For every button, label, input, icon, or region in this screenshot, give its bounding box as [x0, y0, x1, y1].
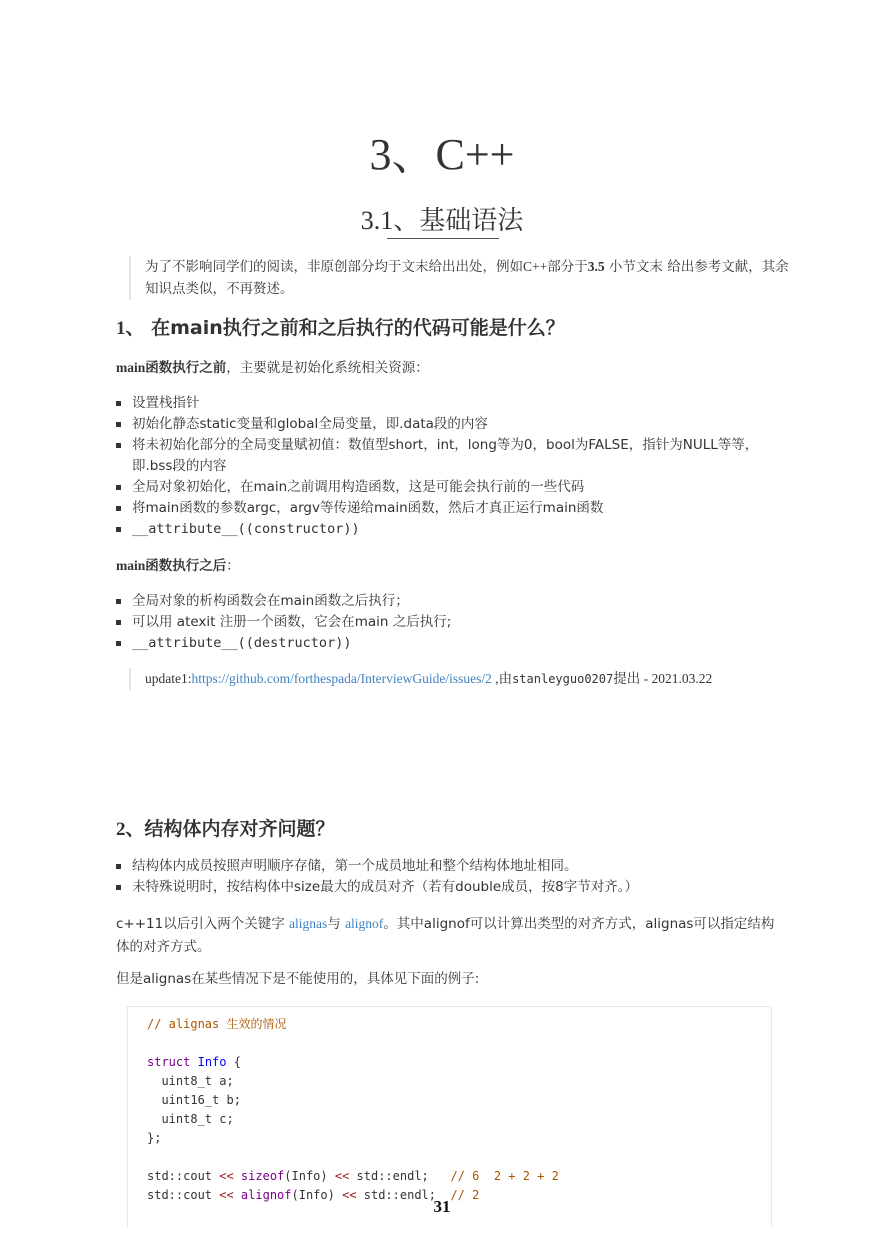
label-main: main — [116, 360, 145, 375]
issue-link[interactable]: https://github.com/forthespada/Interview… — [192, 671, 492, 686]
update-date: - 2021.03.22 — [640, 671, 712, 686]
update-by: ,由 — [492, 671, 512, 686]
question-2-heading: 2、结构体内存对齐问题？ — [116, 814, 335, 841]
label-bold: 函数执行之前 — [145, 360, 226, 376]
code-comment: // alignas 生效的情况 — [147, 1017, 286, 1031]
question-1-heading: 1、 在main执行之前和之后执行的代码可能是什么？ — [116, 313, 565, 340]
section-underline-divider — [387, 238, 499, 239]
heading-text: 结构体内存对齐问题？ — [145, 818, 335, 840]
code-comment: // 6 2 + 2 + 2 — [450, 1169, 558, 1183]
list-item: __attribute__((destructor)) — [116, 633, 776, 654]
update-prefix: update1: — [145, 671, 192, 686]
label-rest: ，主要就是初始化系统相关资源： — [226, 360, 429, 376]
code-type: Info — [198, 1055, 227, 1069]
code-content: // alignas 生效的情况 struct Info { uint8_t a… — [147, 1015, 559, 1205]
list-item: 结构体内成员按照声明顺序存储，第一个成员地址和整个结构体地址相同。 — [116, 856, 776, 877]
heading-number: 1、 — [116, 318, 145, 339]
label-rest: ： — [226, 558, 240, 574]
code-line: }; — [147, 1131, 161, 1145]
update-blockquote: update1:https://github.com/forthespada/I… — [129, 668, 790, 690]
page-number: 31 — [0, 1197, 884, 1217]
intro-text: 部分于 — [547, 259, 588, 275]
after-main-list: 全局对象的析构函数会在main函数之后执行； 可以用 atexit 注册一个函数… — [116, 591, 776, 654]
chapter-title: 3、C++ — [0, 118, 884, 182]
code-function: sizeof — [234, 1169, 285, 1183]
intro-section-number: 3.5 — [588, 259, 605, 274]
heading-number: 2、 — [116, 819, 145, 840]
code-operator: << — [335, 1169, 349, 1183]
para-text: 与 — [327, 916, 345, 932]
code-keyword: struct — [147, 1055, 190, 1069]
label-bold: 函数执行之后 — [145, 558, 226, 574]
alignment-rules-list: 结构体内成员按照声明顺序存储，第一个成员地址和整个结构体地址相同。 未特殊说明时… — [116, 856, 776, 898]
list-item: 初始化静态static变量和global全局变量，即.data段的内容 — [116, 414, 776, 435]
code-text: (Info) — [284, 1169, 335, 1183]
alignas-link[interactable]: alignas — [289, 916, 327, 931]
document-page: 3、C++ 3.1、基础语法 为了不影响同学们的阅读，非原创部分均于文末给出出处… — [0, 0, 884, 1251]
code-block: // alignas 生效的情况 struct Info { uint8_t a… — [127, 1006, 772, 1227]
code-text: std::endl; — [349, 1169, 450, 1183]
intro-cpp: C++ — [523, 259, 547, 274]
intro-blockquote: 为了不影响同学们的阅读，非原创部分均于文末给出出处，例如C++部分于3.5 小节… — [129, 256, 790, 300]
intro-text: 为了不影响同学们的阅读，非原创部分均于文末给出出处，例如 — [145, 259, 523, 275]
code-line: uint8_t c; — [147, 1112, 234, 1126]
list-item: 未特殊说明时，按结构体中size最大的成员对齐（若有double成员，按8字节对… — [116, 877, 776, 898]
code-line: uint16_t b; — [147, 1093, 241, 1107]
list-item: 全局对象的析构函数会在main函数之后执行； — [116, 591, 776, 612]
update-suffix: 提出 — [613, 671, 640, 687]
alignas-alignof-paragraph: c++11以后引入两个关键字 alignas与 alignof。其中aligno… — [116, 912, 776, 959]
after-main-label: main函数执行之后： — [116, 554, 776, 578]
list-item: 将main函数的参数argc，argv等传递给main函数，然后才真正运行mai… — [116, 498, 776, 519]
list-item: 可以用 atexit 注册一个函数，它会在main 之后执行; — [116, 612, 776, 633]
alignof-link[interactable]: alignof — [345, 916, 383, 931]
heading-text: 在main执行之前和之后执行的代码可能是什么？ — [145, 317, 565, 339]
list-item: 将未初始化部分的全局变量赋初值：数值型short，int，long等为0，boo… — [116, 435, 776, 477]
list-item: __attribute__((constructor)) — [116, 519, 776, 540]
list-item: 全局对象初始化，在main之前调用构造函数，这是可能会执行前的一些代码 — [116, 477, 776, 498]
list-item: 设置栈指针 — [116, 393, 776, 414]
before-main-list: 设置栈指针 初始化静态static变量和global全局变量，即.data段的内… — [116, 393, 776, 540]
code-line: uint8_t a; — [147, 1074, 234, 1088]
code-text: { — [227, 1055, 241, 1069]
update-username: stanleyguo0207 — [512, 672, 613, 686]
example-intro-paragraph: 但是alignas在某些情况下是不能使用的，具体见下面的例子: — [116, 968, 776, 991]
label-main: main — [116, 558, 145, 573]
section-title: 3.1、基础语法 — [0, 200, 884, 237]
code-operator: << — [219, 1169, 233, 1183]
before-main-label: main函数执行之前，主要就是初始化系统相关资源： — [116, 356, 776, 380]
para-text: c++11以后引入两个关键字 — [116, 916, 289, 932]
code-text: std::cout — [147, 1169, 219, 1183]
